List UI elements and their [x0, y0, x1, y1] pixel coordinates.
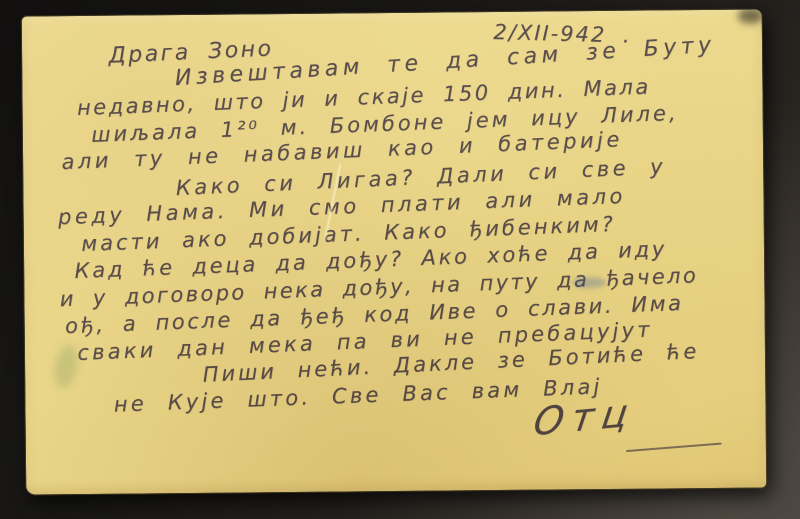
signature-tail — [626, 443, 722, 453]
postcard: 2/XII-942 . Драга Зоно Извештавам те да … — [22, 9, 767, 494]
handwriting-line: не Кује што. Све Вас вам Влај — [113, 374, 603, 416]
photo-background: 2/XII-942 . Драга Зоно Извештавам те да … — [0, 0, 800, 519]
corner-shadow — [738, 7, 764, 23]
signature: Отц — [531, 390, 639, 445]
